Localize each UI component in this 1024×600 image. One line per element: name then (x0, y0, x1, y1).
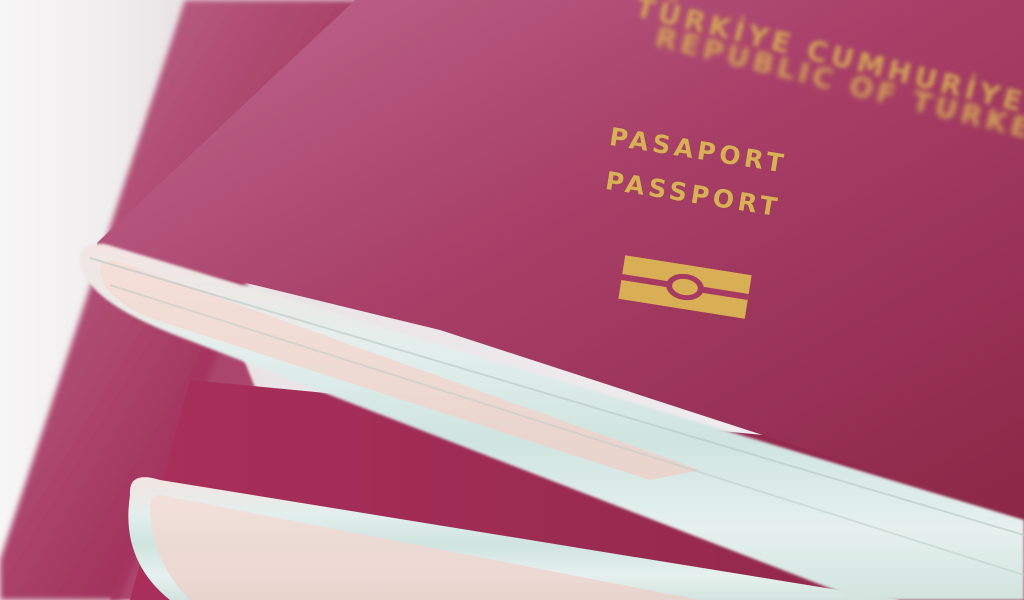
passport-photo: TÜRKİYE CUMHURİYETİ REPUBLIC OF TURKEY P… (0, 0, 1024, 600)
